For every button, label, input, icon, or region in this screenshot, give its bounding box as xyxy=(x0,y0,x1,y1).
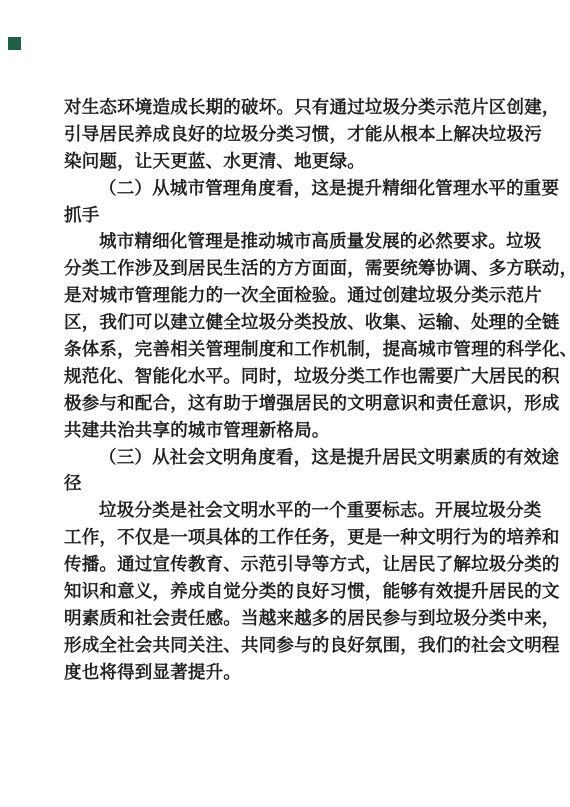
text-line: 对生态环境造成长期的破坏。只有通过垃圾分类示范片区创建， xyxy=(64,95,504,122)
text-line: 区，我们可以建立健全垃圾分类投放、收集、运输、处理的全链 xyxy=(64,310,504,337)
text-line: （二）从城市管理角度看，这是提升精细化管理水平的重要 xyxy=(64,176,504,203)
paragraph-block: 城市精细化管理是推动城市高质量发展的必然要求。垃圾分类工作涉及到居民生活的方方面… xyxy=(64,229,504,444)
text-line: 垃圾分类是社会文明水平的一个重要标志。开展垃圾分类 xyxy=(64,498,504,525)
text-line: 分类工作涉及到居民生活的方方面面，需要统筹协调、多方联动， xyxy=(64,256,504,283)
text-line: 城市精细化管理是推动城市高质量发展的必然要求。垃圾 xyxy=(64,229,504,256)
paragraph-block: 垃圾分类是社会文明水平的一个重要标志。开展垃圾分类工作，不仅是一项具体的工作任务… xyxy=(64,498,504,686)
text-line: 染问题，让天更蓝、水更清、地更绿。 xyxy=(64,149,504,176)
text-line: 度也将得到显著提升。 xyxy=(64,660,504,687)
paragraph-block: 对生态环境造成长期的破坏。只有通过垃圾分类示范片区创建，引导居民养成良好的垃圾分… xyxy=(64,95,504,176)
text-line: 规范化、智能化水平。同时，垃圾分类工作也需要广大居民的积 xyxy=(64,364,504,391)
text-line: （三）从社会文明角度看，这是提升居民文明素质的有效途 xyxy=(64,445,504,472)
text-line: 共建共治共享的城市管理新格局。 xyxy=(64,418,504,445)
document-page: 对生态环境造成长期的破坏。只有通过垃圾分类示范片区创建，引导居民养成良好的垃圾分… xyxy=(0,0,570,807)
scan-artifact-mark xyxy=(8,37,21,50)
text-line: 是对城市管理能力的一次全面检验。通过创建垃圾分类示范片 xyxy=(64,283,504,310)
text-line: 极参与和配合，这有助于增强居民的文明意识和责任意识，形成 xyxy=(64,391,504,418)
text-line: 条体系，完善相关管理制度和工作机制，提高城市管理的科学化、 xyxy=(64,337,504,364)
text-line: 传播。通过宣传教育、示范引导等方式，让居民了解垃圾分类的 xyxy=(64,552,504,579)
text-line: 引导居民养成良好的垃圾分类习惯，才能从根本上解决垃圾污 xyxy=(64,122,504,149)
text-line: 径 xyxy=(64,471,504,498)
text-line: 形成全社会共同关注、共同参与的良好氛围，我们的社会文明程 xyxy=(64,633,504,660)
section-heading: （三）从社会文明角度看，这是提升居民文明素质的有效途径 xyxy=(64,445,504,499)
section-heading: （二）从城市管理角度看，这是提升精细化管理水平的重要抓手 xyxy=(64,176,504,230)
text-line: 工作，不仅是一项具体的工作任务，更是一种文明行为的培养和 xyxy=(64,525,504,552)
text-line: 抓手 xyxy=(64,203,504,230)
text-line: 明素质和社会责任感。当越来越多的居民参与到垃圾分类中来， xyxy=(64,606,504,633)
text-line: 知识和意义，养成自觉分类的良好习惯，能够有效提升居民的文 xyxy=(64,579,504,606)
document-text: 对生态环境造成长期的破坏。只有通过垃圾分类示范片区创建，引导居民养成良好的垃圾分… xyxy=(64,95,504,687)
